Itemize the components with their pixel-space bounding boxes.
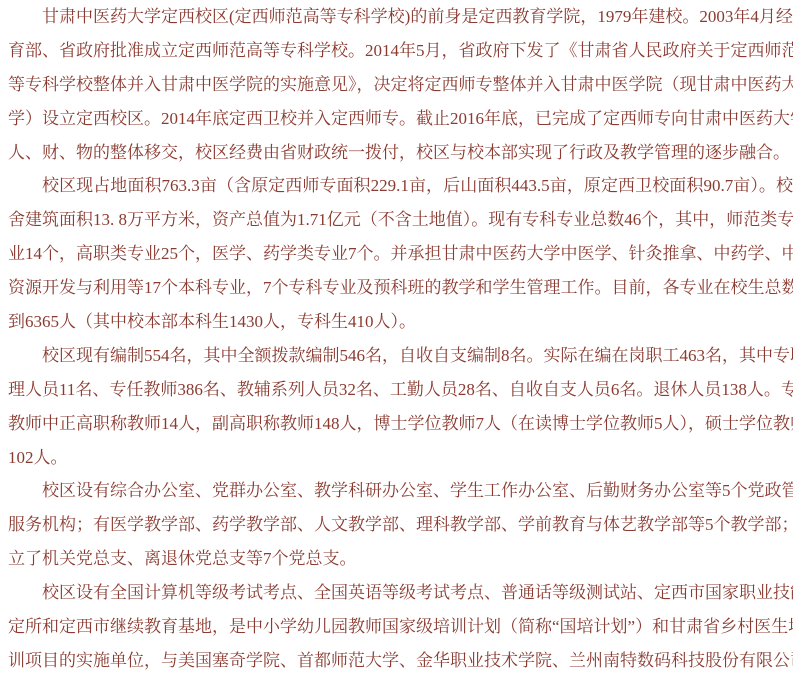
text-line: 校区现占地面积763.3亩（含原定西师专面积229.1亩，后山面积443.5亩，… — [8, 169, 793, 203]
paragraph-5: 校区设有全国计算机等级考试考点、全国英语等级考试考点、普通话等级测试站、定西市国… — [8, 576, 793, 678]
text-line: 学）设立定西校区。2014年底定西卫校并入定西师专。截止2016年底，已完成了定… — [8, 102, 793, 136]
text-line: 业14个，高职类专业25个，医学、药学类专业7个。并承担甘肃中医药大学中医学、针… — [8, 237, 793, 271]
text-line: 舍建筑面积13. 8万平方米，资产总值为1.71亿元（不含土地值）。现有专科专业… — [8, 203, 793, 237]
paragraph-4: 校区设有综合办公室、党群办公室、教学科研办公室、学生工作办公室、后勤财务办公室等… — [8, 474, 793, 576]
text-line: 教师中正高职称教师14人，副高职称教师148人，博士学位教师7人（在读博士学位教… — [8, 407, 793, 441]
text-line: 102人。 — [8, 441, 793, 475]
paragraph-3: 校区现有编制554名，其中全额拨款编制546名，自收自支编制8名。实际在编在岗职… — [8, 339, 793, 475]
text-line: 校区设有全国计算机等级考试考点、全国英语等级考试考点、普通话等级测试站、定西市国… — [8, 576, 793, 610]
text-line: 理人员11名、专任教师386名、教辅系列人员32名、工勤人员28名、自收自支人员… — [8, 373, 793, 407]
document-body: 甘肃中医药大学定西校区(定西师范高等专科学校)的前身是定西教育学院，1979年建… — [0, 0, 801, 678]
text-line: 到6365人（其中校本部本科生1430人，专科生410人）。 — [8, 305, 793, 339]
text-line: 人、财、物的整体移交，校区经费由省财政统一拨付，校区与校本部实现了行政及教学管理… — [8, 136, 793, 170]
text-line: 甘肃中医药大学定西校区(定西师范高等专科学校)的前身是定西教育学院，1979年建… — [8, 0, 793, 34]
text-line: 立了机关党总支、离退休党总支等7个党总支。 — [8, 542, 793, 576]
text-line: 训项目的实施单位，与美国塞奇学院、首都师范大学、金华职业技术学院、兰州南特数码科… — [8, 644, 793, 678]
paragraph-2: 校区现占地面积763.3亩（含原定西师专面积229.1亩，后山面积443.5亩，… — [8, 169, 793, 338]
paragraph-1: 甘肃中医药大学定西校区(定西师范高等专科学校)的前身是定西教育学院，1979年建… — [8, 0, 793, 169]
text-line: 校区现有编制554名，其中全额拨款编制546名，自收自支编制8名。实际在编在岗职… — [8, 339, 793, 373]
text-line: 等专科学校整体并入甘肃中医学院的实施意见》，决定将定西师专整体并入甘肃中医学院（… — [8, 68, 793, 102]
text-line: 定所和定西市继续教育基地，是中小学幼儿园教师国家级培训计划（简称“国培计划”）和… — [8, 610, 793, 644]
text-line: 校区设有综合办公室、党群办公室、教学科研办公室、学生工作办公室、后勤财务办公室等… — [8, 474, 793, 508]
text-line: 育部、省政府批准成立定西师范高等专科学校。2014年5月，省政府下发了《甘肃省人… — [8, 34, 793, 68]
text-line: 服务机构；有医学教学部、药学教学部、人文教学部、理科教学部、学前教育与体艺教学部… — [8, 508, 793, 542]
text-line: 资源开发与利用等17个本科专业，7个专科专业及预科班的教学和学生管理工作。目前，… — [8, 271, 793, 305]
